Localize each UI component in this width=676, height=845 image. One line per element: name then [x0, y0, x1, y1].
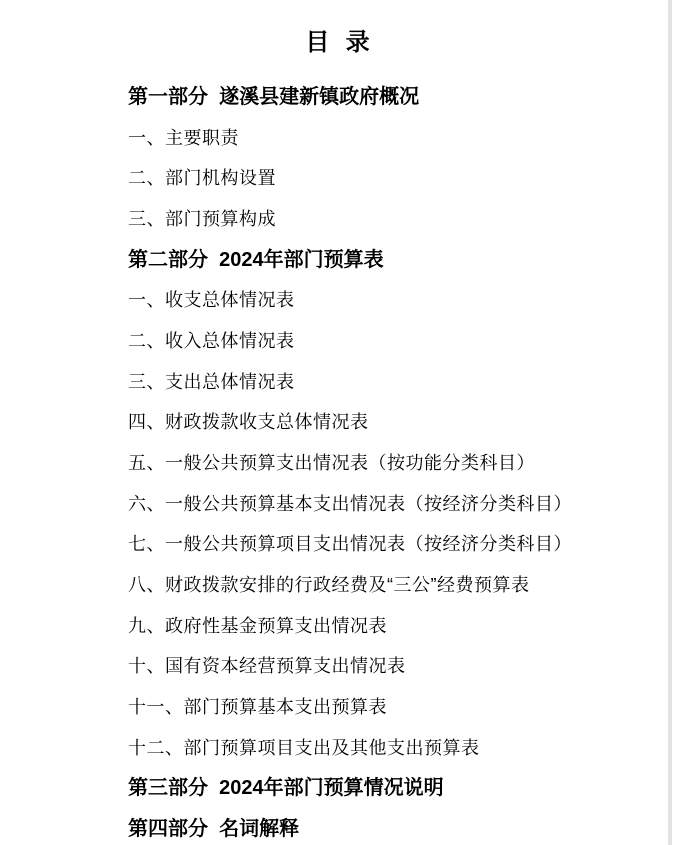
toc-entry: 三、部门预算构成	[0, 199, 676, 240]
toc-entry: 十、国有资本经营预算支出情况表	[0, 646, 676, 687]
toc-entry: 四、财政拨款收支总体情况表	[0, 402, 676, 443]
toc-list: 第一部分 遂溪县建新镇政府概况一、主要职责二、部门机构设置三、部门预算构成第二部…	[0, 61, 676, 845]
toc-section-heading: 第三部分 2024年部门预算情况说明	[0, 768, 676, 809]
toc-entry: 九、政府性基金预算支出情况表	[0, 606, 676, 647]
toc-entry: 五、一般公共预算支出情况表（按功能分类科目）	[0, 443, 676, 484]
toc-title: 目 录	[0, 0, 676, 61]
document-page: 目 录 第一部分 遂溪县建新镇政府概况一、主要职责二、部门机构设置三、部门预算构…	[0, 0, 676, 845]
toc-entry: 二、部门机构设置	[0, 158, 676, 199]
toc-entry: 七、一般公共预算项目支出情况表（按经济分类科目）	[0, 524, 676, 565]
toc-entry: 三、支出总体情况表	[0, 362, 676, 403]
toc-entry: 八、财政拨款安排的行政经费及“三公”经费预算表	[0, 565, 676, 606]
toc-section-heading: 第一部分 遂溪县建新镇政府概况	[0, 77, 676, 118]
toc-entry: 十二、部门预算项目支出及其他支出预算表	[0, 728, 676, 769]
toc-entry: 一、主要职责	[0, 118, 676, 159]
toc-entry: 一、收支总体情况表	[0, 280, 676, 321]
toc-section-heading: 第四部分 名词解释	[0, 809, 676, 845]
right-page-border	[668, 0, 672, 845]
toc-entry: 六、一般公共预算基本支出情况表（按经济分类科目）	[0, 484, 676, 525]
toc-entry: 二、收入总体情况表	[0, 321, 676, 362]
toc-section-heading: 第二部分 2024年部门预算表	[0, 240, 676, 281]
toc-entry: 十一、部门预算基本支出预算表	[0, 687, 676, 728]
